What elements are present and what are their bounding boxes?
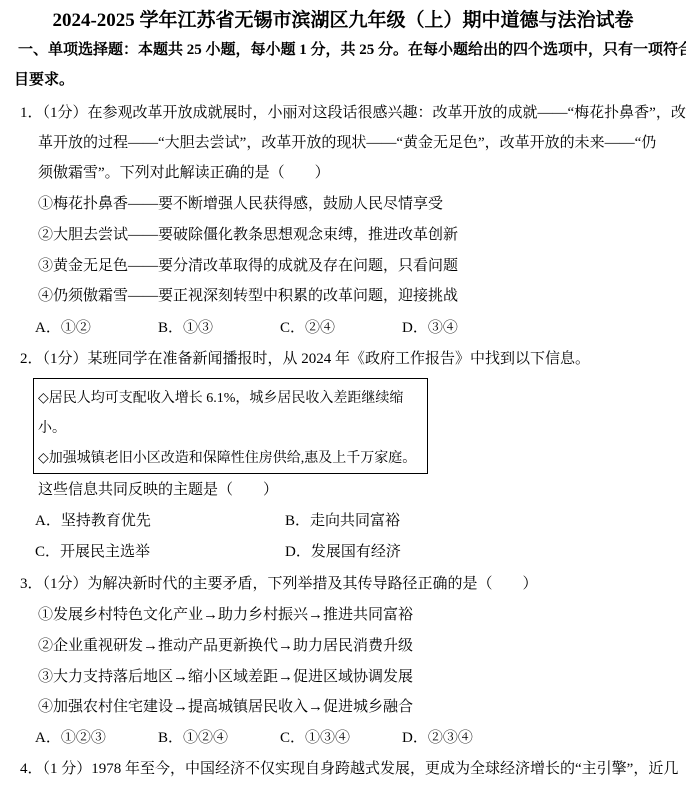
exam-title: 2024-2025 学年江苏省无锡市滨湖区九年级（上）期中道德与法治试卷 [0,5,686,32]
question-2-option-d: D．发展国有经济 [285,542,401,562]
question-3-item-1: ①发展乡村特色文化产业→助力乡村振兴→推进共同富裕 [38,605,413,625]
question-3-options-row: A．①②③ B．①②④ C．①③④ D．②③④ [0,728,686,750]
info-box-line-1: ◇居民人均可支配收入增长 6.1%，城乡居民收入差距继续缩 [38,384,425,414]
question-1-item-2: ②大胆去尝试——要破除僵化教条思想观念束缚，推进改革创新 [38,225,458,245]
question-2-options-row-2: C．开展民主选举 D．发展国有经济 [0,542,686,564]
question-2-option-c: C．开展民主选举 [35,542,150,562]
question-1-stem-line-1: 1．（1分）在参观改革开放成就展时，小丽对这段话很感兴趣：改革开放的成就——“梅… [20,103,686,123]
question-1-item-3: ③黄金无足色——要分清改革取得的成就及存在问题，只看问题 [38,256,458,276]
question-1-stem-line-2: 革开放的过程——“大胆去尝试”，改革开放的现状——“黄金无足色”，改革开放的未来… [38,133,656,153]
question-3-option-b: B．①②④ [158,728,228,748]
question-2-option-a: A．坚持教育优先 [35,511,151,531]
question-3-option-d: D．②③④ [402,728,473,748]
question-1-options-row: A．①② B．①③ C．②④ D．③④ [0,318,686,340]
question-1-option-c: C．②④ [280,318,335,338]
question-3-item-3: ③大力支持落后地区→缩小区域差距→促进区域协调发展 [38,667,413,687]
question-1-option-b: B．①③ [158,318,213,338]
section-header-line-1: 一、单项选择题：本题共 25 小题，每小题 1 分，共 25 分。在每小题给出的… [18,40,686,60]
info-box-line-3: ◇加强城镇老旧小区改造和保障性住房供给,惠及上千万家庭。 [38,444,425,474]
question-3-stem: 3．（1分）为解决新时代的主要矛盾，下列举措及其传导路径正确的是（ ） [20,574,538,594]
exam-paper-page: 2024-2025 学年江苏省无锡市滨湖区九年级（上）期中道德与法治试卷 一、单… [0,0,686,792]
question-2-prompt: 这些信息共同反映的主题是（ ） [38,480,278,500]
question-2-stem: 2．（1分）某班同学在准备新闻播报时，从 2024 年《政府工作报告》中找到以下… [20,349,590,369]
question-1-option-a: A．①② [35,318,91,338]
info-box-line-2: 小。 [38,414,425,444]
question-1-item-4: ④仍须傲霜雪——要正视深刻转型中积累的改革问题，迎接挑战 [38,286,458,306]
question-2-option-b: B．走向共同富裕 [285,511,400,531]
question-3-item-4: ④加强农村住宅建设→提高城镇居民收入→促进城乡融合 [38,697,413,717]
section-header-line-2: 目要求。 [14,70,74,90]
question-1-option-d: D．③④ [402,318,458,338]
question-3-item-2: ②企业重视研发→推动产品更新换代→助力居民消费升级 [38,636,413,656]
question-1-stem-line-3: 须傲霜雪”。下列对此解读正确的是（ ） [38,163,330,183]
question-2-options-row-1: A．坚持教育优先 B．走向共同富裕 [0,511,686,533]
question-1-item-1: ①梅花扑鼻香——要不断增强人民获得感，鼓励人民尽情享受 [38,194,443,214]
question-3-option-a: A．①②③ [35,728,106,748]
question-2-info-box: ◇居民人均可支配收入增长 6.1%，城乡居民收入差距继续缩 小。 ◇加强城镇老旧… [33,378,428,474]
question-3-option-c: C．①③④ [280,728,350,748]
question-4-stem: 4．（1 分）1978 年至今，中国经济不仅实现自身跨越式发展，更成为全球经济增… [20,759,678,779]
